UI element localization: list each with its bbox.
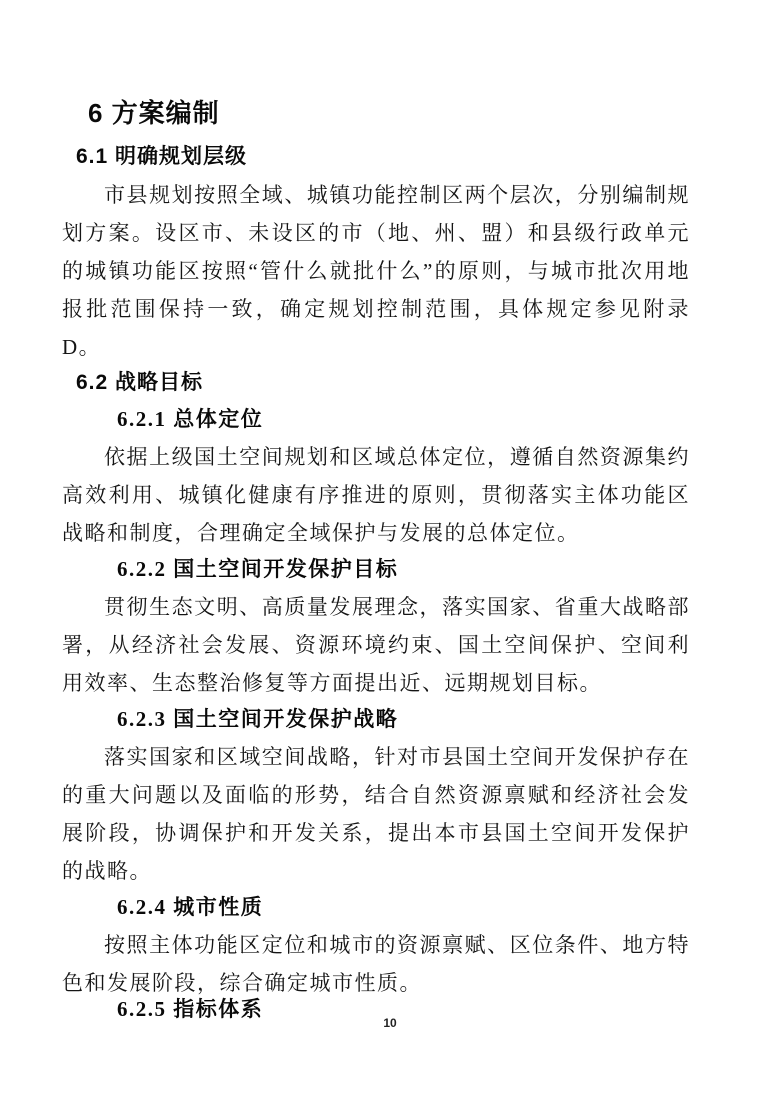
chapter-heading-6: 6 方案编制 — [88, 96, 690, 130]
subsection-heading-6-2-1: 6.2.1 总体定位 — [117, 400, 690, 438]
document-page: 6 方案编制 6.1 明确规划层级 市县规划按照全域、城镇功能控制区两个层次，分… — [0, 0, 780, 1106]
subsection-heading-6-2-3: 6.2.3 国土空间开发保护战略 — [117, 700, 690, 738]
paragraph-6-1: 市县规划按照全域、城镇功能控制区两个层次，分别编制规划方案。设区市、未设区的市（… — [62, 176, 690, 366]
paragraph-6-2-3: 落实国家和区域空间战略，针对市县国土空间开发保护存在的重大问题以及面临的形势，结… — [62, 738, 690, 890]
section-heading-6-2: 6.2 战略目标 — [76, 364, 690, 402]
paragraph-6-2-1: 依据上级国土空间规划和区域总体定位，遵循自然资源集约高效利用、城镇化健康有序推进… — [62, 438, 690, 552]
subsection-heading-6-2-4: 6.2.4 城市性质 — [117, 888, 690, 926]
section-heading-6-1: 6.1 明确规划层级 — [76, 138, 690, 176]
page-footer: 10 — [0, 1014, 780, 1032]
page-number: 10 — [383, 1016, 396, 1030]
subsection-heading-6-2-2: 6.2.2 国土空间开发保护目标 — [117, 550, 690, 588]
paragraph-6-2-2: 贯彻生态文明、高质量发展理念，落实国家、省重大战略部署，从经济社会发展、资源环境… — [62, 588, 690, 702]
document-content: 6 方案编制 6.1 明确规划层级 市县规划按照全域、城镇功能控制区两个层次，分… — [62, 0, 690, 1028]
